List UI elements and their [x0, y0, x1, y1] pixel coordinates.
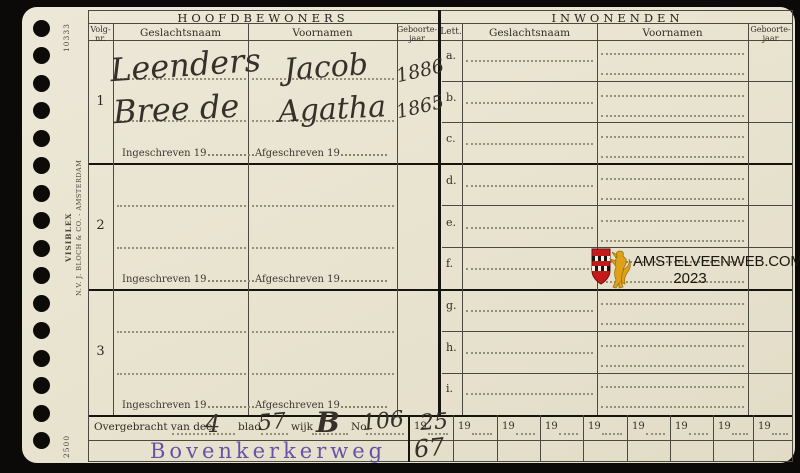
- writing-line: [472, 433, 492, 435]
- writing-line: [466, 310, 593, 312]
- punch-hole: [33, 20, 50, 37]
- writing-line: [601, 115, 744, 117]
- entry2-voornamen: Agatha: [277, 89, 387, 130]
- punch-hole: [33, 432, 50, 449]
- no-value: 106: [361, 407, 405, 436]
- year-cell-prefix: 19: [675, 421, 688, 432]
- grid-line-horizontal: [442, 81, 793, 82]
- watermark-site: AMSTELVEENWEB.COM: [633, 253, 800, 270]
- writing-line: [601, 198, 744, 200]
- col-header-geslachtsnaam-left: Geslachtsnaam: [113, 27, 248, 39]
- grid-line-vertical: [670, 415, 671, 462]
- inwonenden-letter: d.: [446, 174, 457, 187]
- col-header-geslachtsnaam-right: Geslachtsnaam: [462, 27, 597, 39]
- writing-line: [732, 433, 748, 435]
- entry1-voornamen: Jacob: [283, 47, 369, 88]
- row2-afgeschreven-label: Afgeschreven 19: [255, 274, 340, 285]
- row-number-1: 1: [88, 94, 113, 109]
- year-cell-prefix: 19: [545, 421, 558, 432]
- street-stamp: Bovenkerkerweg: [150, 439, 360, 463]
- row1-ingeschreven-label: Ingeschreven 19: [122, 148, 207, 159]
- year-cell-prefix: 19: [718, 421, 731, 432]
- inwonenden-letter: b.: [446, 91, 457, 104]
- printer-address: N.V. J. BLOCH & CO. - AMSTERDAM: [75, 166, 83, 296]
- inwonenden-letter: e.: [446, 216, 456, 229]
- writing-line: [601, 136, 744, 138]
- writing-line: [601, 406, 744, 408]
- amstelveenweb-watermark: AMSTELVEENWEB.COM 2023: [590, 245, 800, 297]
- row1-afgeschreven: Afgeschreven 19: [255, 145, 387, 159]
- section-title-hoofdbewoners: HOOFDBEWONERS: [88, 11, 438, 25]
- writing-line: [252, 205, 394, 207]
- wijk-value: B: [316, 406, 340, 439]
- punch-hole: [33, 267, 50, 284]
- writing-line: [601, 220, 744, 222]
- inwonenden-letter: f.: [446, 257, 453, 270]
- year-written-below: 67: [413, 432, 446, 463]
- year-cell-prefix: 19: [632, 421, 645, 432]
- row-number-2: 2: [88, 218, 113, 233]
- punch-hole: [33, 157, 50, 174]
- checkered-band-1: [592, 256, 610, 261]
- year-cell-prefix: 19: [502, 421, 515, 432]
- punch-hole: [33, 75, 50, 92]
- writing-line: [601, 365, 744, 367]
- grid-line-vertical: [597, 23, 598, 415]
- grid-line-horizontal: [442, 205, 793, 206]
- year-cell-prefix: 19: [458, 421, 471, 432]
- punch-hole: [33, 350, 50, 367]
- grid-line-vertical: [462, 23, 463, 415]
- writing-line: [466, 268, 593, 270]
- watermark-year: 2023: [645, 270, 735, 287]
- col-header-geboortejaar-left-line2: jaar: [409, 34, 425, 43]
- grid-line-vertical: [713, 415, 714, 462]
- grid-line-horizontal: [442, 331, 793, 332]
- punch-hole: [33, 240, 50, 257]
- year-cell-prefix: 19: [588, 421, 601, 432]
- col-header-lett: Lett.: [440, 27, 462, 37]
- row1-afgeschreven-label: Afgeschreven 19: [255, 148, 340, 159]
- grid-line-vertical: [497, 415, 498, 462]
- writing-line: [601, 386, 744, 388]
- print-number-bottom: 2500: [62, 416, 71, 458]
- writing-line: [117, 247, 246, 249]
- col-header-voornamen-left: Voornamen: [248, 27, 397, 39]
- row2-ingeschreven: Ingeschreven 19: [122, 271, 254, 285]
- inwonenden-letter: i.: [446, 382, 453, 395]
- writing-line: [646, 433, 665, 435]
- writing-line: [466, 185, 593, 187]
- grid-line-vertical: [753, 415, 754, 462]
- punch-hole: [33, 185, 50, 202]
- grid-line-vertical: [748, 23, 749, 415]
- grid-line-vertical: [88, 10, 89, 462]
- writing-line: [117, 331, 246, 333]
- blad-value: 57: [257, 409, 287, 436]
- col-header-volgnr-line1: Volg-: [90, 25, 110, 34]
- inwonenden-letter: h.: [446, 341, 457, 354]
- col-header-voornamen-right: Voornamen: [597, 27, 748, 39]
- dotted-leader: [341, 145, 387, 156]
- grid-line-vertical: [627, 415, 628, 462]
- punch-hole: [33, 47, 50, 64]
- col-header-geboortejaar-left-line1: Geboorte-: [397, 25, 437, 34]
- writing-line: [252, 247, 394, 249]
- col-header-volgnr: Volg- nr.: [88, 25, 113, 43]
- section-title-inwonenden: INWONENDEN: [442, 11, 793, 25]
- amstelveen-coat-of-arms-icon: [590, 247, 632, 295]
- punch-hole: [33, 295, 50, 312]
- grid-line-vertical: [408, 415, 410, 462]
- grid-line-vertical: [792, 10, 793, 462]
- writing-line: [601, 345, 744, 347]
- grid-line-vertical: [540, 415, 541, 462]
- row2-afgeschreven: Afgeschreven 19: [255, 271, 387, 285]
- punch-hole: [33, 212, 50, 229]
- grid-line-vertical: [453, 415, 454, 462]
- writing-line: [466, 393, 593, 395]
- grid-line-horizontal: [442, 373, 793, 374]
- writing-line: [466, 143, 593, 145]
- entry2-geslachtsnaam: Bree de: [112, 87, 240, 132]
- writing-line: [466, 102, 593, 104]
- writing-line: [601, 73, 744, 75]
- dotted-leader: [341, 397, 387, 408]
- row2-ingeschreven-label: Ingeschreven 19: [122, 274, 207, 285]
- deel-value: 4: [205, 410, 220, 438]
- transfer-label: Overgebracht van deel: [94, 421, 216, 433]
- print-number-top: 10333: [62, 8, 71, 52]
- writing-line: [117, 373, 246, 375]
- writing-line: [466, 60, 593, 62]
- writing-line: [252, 373, 394, 375]
- lion-rampant-icon: [610, 251, 630, 288]
- writing-line: [601, 156, 744, 158]
- dotted-leader: [341, 271, 387, 282]
- register-card-photo: HOOFDBEWONERS INWONENDEN Volg- nr. Gesla…: [0, 0, 800, 473]
- writing-line: [559, 433, 578, 435]
- row3-ingeschreven-label: Ingeschreven 19: [122, 400, 207, 411]
- punch-hole: [33, 130, 50, 147]
- punch-hole: [33, 102, 50, 119]
- checkered-band-2: [592, 266, 610, 271]
- col-header-volgnr-line2: nr.: [95, 34, 106, 43]
- wijk-label: wijk: [291, 421, 313, 433]
- year-cell-prefix: 19: [414, 421, 427, 432]
- punch-hole: [33, 405, 50, 422]
- punch-hole: [33, 322, 50, 339]
- writing-line: [117, 205, 246, 207]
- grid-line-vertical: [248, 23, 249, 415]
- dotted-leader: [208, 397, 254, 408]
- col-header-geboortejaar-right-line2: jaar: [763, 34, 779, 43]
- dotted-leader: [172, 433, 235, 435]
- year-cell-prefix: 19: [758, 421, 771, 432]
- row3-ingeschreven: Ingeschreven 19: [122, 397, 254, 411]
- writing-line: [601, 323, 744, 325]
- writing-line: [689, 433, 708, 435]
- writing-line: [601, 95, 744, 97]
- writing-line: [601, 240, 744, 242]
- writing-line: [252, 331, 394, 333]
- col-header-geboortejaar-right: Geboorte- jaar: [748, 25, 793, 43]
- inwonenden-letter: a.: [446, 49, 456, 62]
- row-number-3: 3: [88, 344, 113, 359]
- dotted-leader: [208, 271, 254, 282]
- writing-line: [601, 178, 744, 180]
- grid-line-horizontal: [442, 122, 793, 123]
- dotted-leader: [208, 145, 254, 156]
- grid-line-vertical: [583, 415, 584, 462]
- writing-line: [466, 352, 593, 354]
- col-header-geboortejaar-left: Geboorte- jaar: [396, 25, 438, 43]
- writing-line: [601, 303, 744, 305]
- writing-line: [601, 53, 744, 55]
- writing-line: [516, 433, 535, 435]
- writing-line: [602, 433, 622, 435]
- row1-ingeschreven: Ingeschreven 19: [122, 145, 254, 159]
- col-header-geboortejaar-right-line1: Geboorte-: [750, 25, 790, 34]
- writing-line: [466, 227, 593, 229]
- inwonenden-letter: c.: [446, 132, 456, 145]
- inwonenden-letter: g.: [446, 299, 457, 312]
- printer-name: VISIBLEX: [64, 202, 73, 262]
- punch-hole: [33, 377, 50, 394]
- writing-line: [772, 433, 788, 435]
